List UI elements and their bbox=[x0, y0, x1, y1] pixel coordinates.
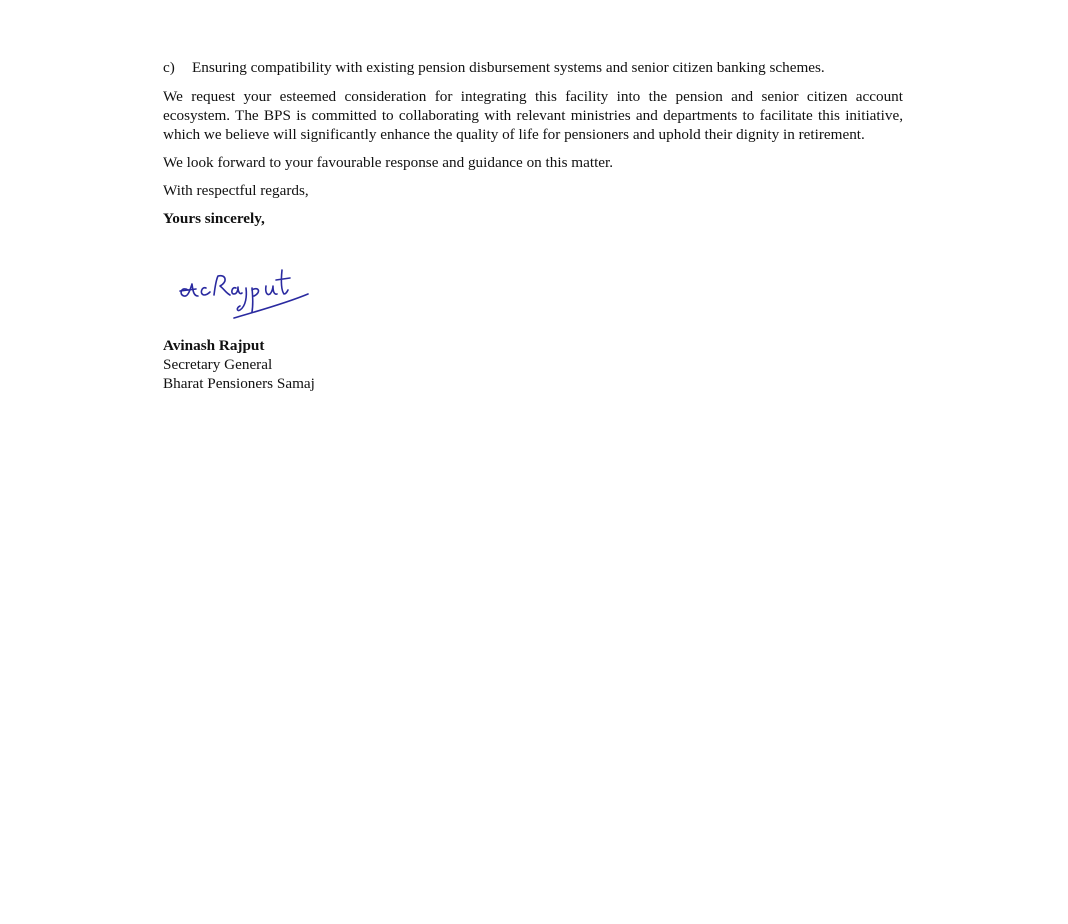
followup-paragraph: We look forward to your favourable respo… bbox=[163, 153, 903, 172]
signer-title: Secretary General bbox=[163, 355, 315, 374]
signer-name: Avinash Rajput bbox=[163, 336, 315, 355]
list-item-text: Ensuring compatibility with existing pen… bbox=[192, 58, 825, 77]
signer-block: Avinash Rajput Secretary General Bharat … bbox=[163, 336, 315, 393]
letter-body: c) Ensuring compatibility with existing … bbox=[163, 58, 903, 237]
signature-icon bbox=[174, 262, 314, 324]
signer-organization: Bharat Pensioners Samaj bbox=[163, 374, 315, 393]
closing-line: Yours sincerely, bbox=[163, 209, 903, 228]
regards-line: With respectful regards, bbox=[163, 181, 903, 200]
list-item-c: c) Ensuring compatibility with existing … bbox=[163, 58, 903, 77]
list-item-label: c) bbox=[163, 58, 192, 77]
request-paragraph: We request your esteemed consideration f… bbox=[163, 87, 903, 144]
